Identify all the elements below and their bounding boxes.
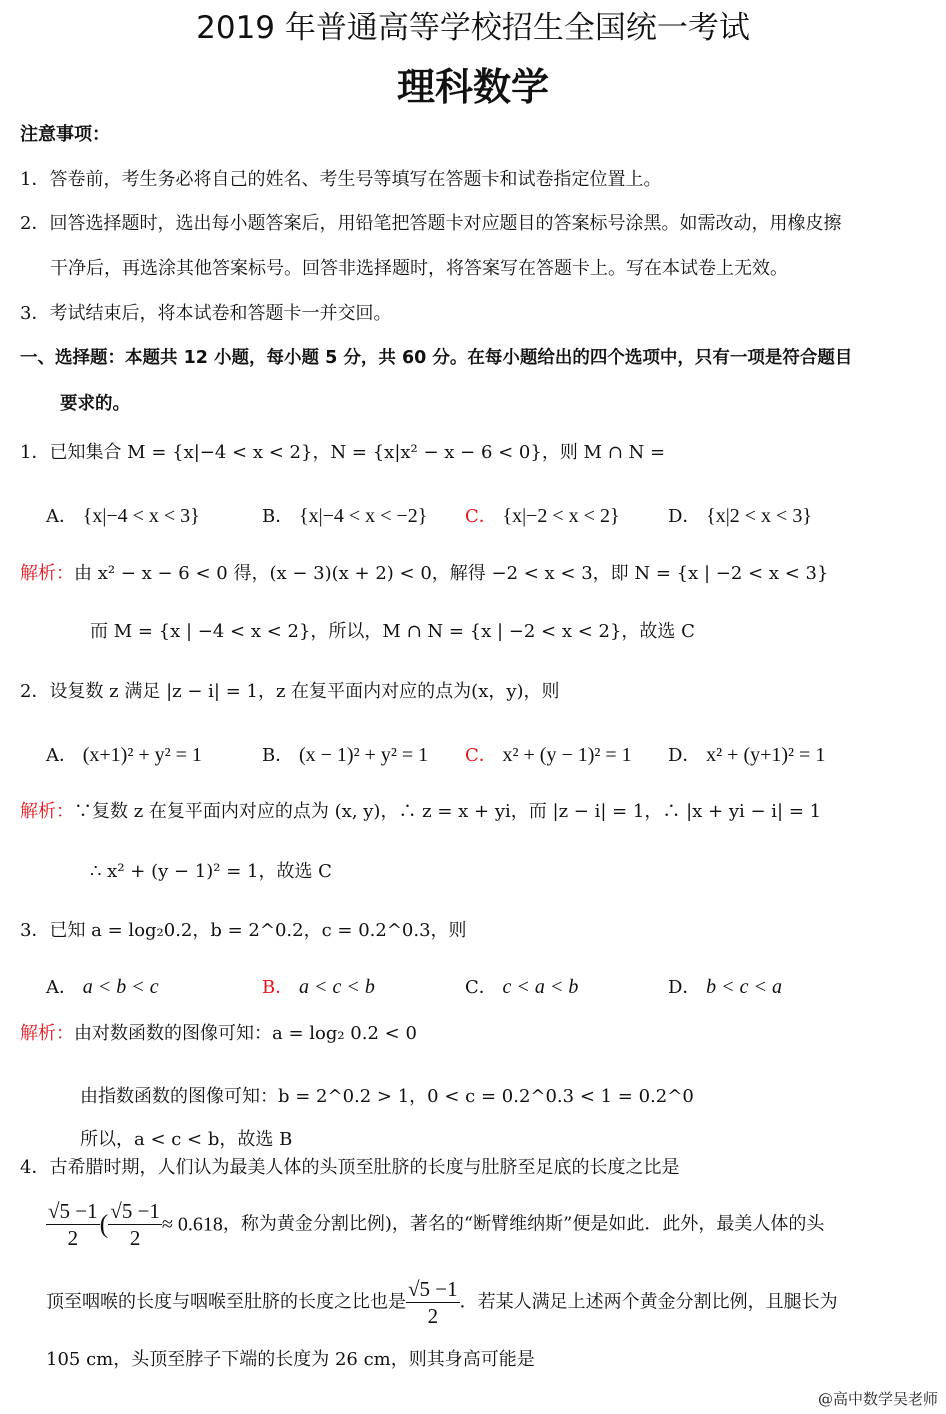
question-stem: 设复数 z 满足 |z − i| = 1，z 在复平面内对应的点为(x，y)，则	[49, 681, 559, 702]
question-3: 3．已知 a = log₂0.2，b = 2^0.2，c = 0.2^0.3，则	[20, 919, 467, 943]
note-item-1: 1．答卷前，考生务必将自己的姓名、考生号等填写在答题卡和试卷指定位置上。	[20, 168, 661, 192]
option-c-correct: C． {x|−2 < x < 2}	[465, 502, 620, 528]
option-a: A． {x|−4 < x < 3}	[46, 502, 200, 528]
option-c-correct: C． x² + (y − 1)² = 1	[465, 741, 632, 767]
analysis-1-line2: 而 M = {x | −4 < x < 2}，所以，M ∩ N = {x | −…	[90, 620, 695, 644]
analysis-label: 解析：	[20, 563, 74, 584]
question-4: 4．古希腊时期，人们认为最美人体的头顶至肚脐的长度与肚脐至足底的长度之比是	[20, 1156, 679, 1180]
exam-subtitle: 理科数学	[0, 56, 946, 111]
question-stem: 已知集合 M = {x|−4 < x < 2}，N = {x|x² − x − …	[49, 442, 665, 463]
question-4-line3: 顶至咽喉的长度与咽喉至肚脐的长度之比也是√5 −12．若某人满足上述两个黄金分割…	[46, 1276, 838, 1329]
option-b: B． (x − 1)² + y² = 1	[262, 741, 428, 767]
analysis-2-line2: ∴ x² + (y − 1)² = 1，故选 C	[90, 860, 332, 884]
option-b: B． {x|−4 < x < −2}	[262, 502, 427, 528]
analysis-3-line2: 由指数函数的图像可知：b = 2^0.2 > 1，0 < c = 0.2^0.3…	[80, 1085, 694, 1109]
question-1: 1．已知集合 M = {x|−4 < x < 2}，N = {x|x² − x …	[20, 441, 665, 465]
question-stem: 已知 a = log₂0.2，b = 2^0.2，c = 0.2^0.3，则	[49, 920, 466, 941]
analysis-label: 解析：	[20, 1023, 74, 1044]
question-4-line2: √5 −12(√5 −12≈ 0.618，称为黄金分割比例)，著名的“断臂维纳斯…	[46, 1198, 824, 1251]
option-d: D． {x|2 < x < 3}	[668, 502, 812, 528]
note-item-3: 3．考试结束后，将本试卷和答题卡一并交回。	[20, 302, 391, 326]
question-2: 2．设复数 z 满足 |z − i| = 1，z 在复平面内对应的点为(x，y)…	[20, 680, 560, 704]
note-item-2: 2．回答选择题时，选出每小题答案后，用铅笔把答题卡对应题目的答案标号涂黑。如需改…	[20, 212, 841, 236]
section-heading-cont: 要求的。	[60, 392, 130, 416]
analysis-3-line3: 所以，a < c < b，故选 B	[80, 1128, 292, 1152]
question-stem: 古希腊时期，人们认为最美人体的头顶至肚脐的长度与肚脐至足底的长度之比是	[49, 1157, 679, 1178]
golden-ratio-fraction: √5 −12	[108, 1198, 162, 1251]
golden-ratio-fraction: √5 −12	[406, 1276, 460, 1329]
note-item-2-cont: 干净后，再选涂其他答案标号。回答非选择题时，将答案写在答题卡上。写在本试卷上无效…	[50, 257, 788, 281]
question-number: 4．	[20, 1157, 49, 1178]
question-number: 2．	[20, 681, 49, 702]
exam-title: 2019 年普通高等学校招生全国统一考试	[0, 2, 946, 47]
golden-ratio-fraction: √5 −12	[46, 1198, 100, 1251]
notes-heading: 注意事项：	[20, 123, 110, 147]
analysis-2: 解析：∵复数 z 在复平面内对应的点为 (x, y)，∴ z = x + yi，…	[20, 800, 821, 824]
analysis-label: 解析：	[20, 801, 74, 822]
option-d: D． b < c < a	[668, 973, 782, 999]
option-d: D． x² + (y+1)² = 1	[668, 741, 825, 767]
option-a: A． (x+1)² + y² = 1	[46, 741, 202, 767]
watermark: @高中数学吴老师	[818, 1388, 938, 1409]
option-c: C． c < a < b	[465, 973, 578, 999]
option-a: A． a < b < c	[46, 973, 159, 999]
analysis-1: 解析：由 x² − x − 6 < 0 得，(x − 3)(x + 2) < 0…	[20, 562, 828, 586]
question-4-line4: 105 cm，头顶至脖子下端的长度为 26 cm，则其身高可能是	[46, 1348, 535, 1372]
analysis-3: 解析：由对数函数的图像可知：a = log₂ 0.2 < 0	[20, 1022, 417, 1046]
question-number: 1．	[20, 442, 49, 463]
option-b-correct: B． a < c < b	[262, 973, 375, 999]
section-heading: 一、选择题：本题共 12 小题，每小题 5 分，共 60 分。在每小题给出的四个…	[20, 346, 852, 370]
question-number: 3．	[20, 920, 49, 941]
